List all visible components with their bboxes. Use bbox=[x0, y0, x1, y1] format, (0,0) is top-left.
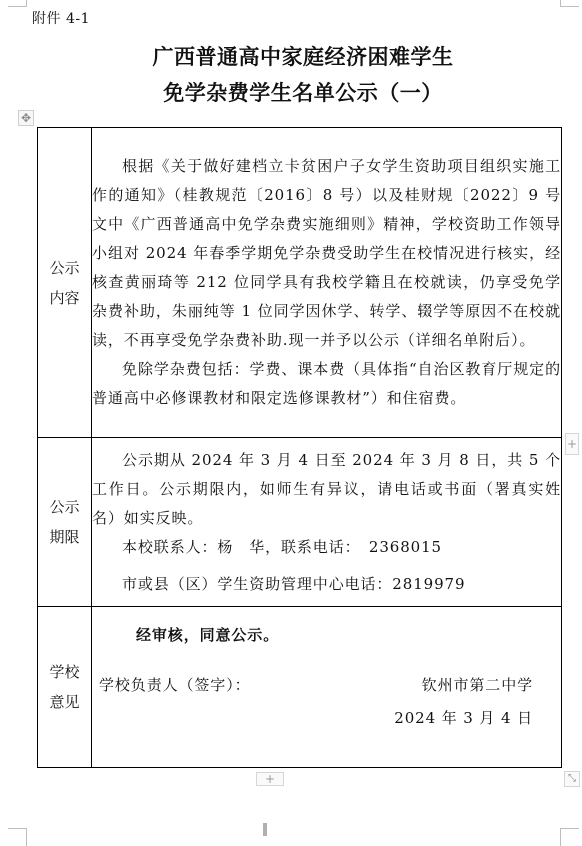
school-name: 钦州市第二中学 bbox=[422, 671, 533, 700]
page-corner-mark bbox=[8, 828, 27, 846]
signature-date: 2024 年 3 月 4 日 bbox=[394, 704, 533, 733]
school-contact: 本校联系人：杨 华，联系电话： 2368015 bbox=[92, 533, 561, 562]
row-label-opinion: 学校 意见 bbox=[38, 607, 92, 768]
attachment-label: 附件 4-1 bbox=[32, 8, 90, 28]
text-cursor-marker bbox=[263, 823, 267, 836]
label-line: 期限 bbox=[38, 522, 91, 552]
row-label-period: 公示 期限 bbox=[38, 438, 92, 607]
approval-statement: 经审核，同意公示。 bbox=[136, 621, 279, 650]
aid-center-contact: 市或县（区）学生资助管理中心电话：2819979 bbox=[92, 570, 561, 599]
label-line: 意见 bbox=[38, 687, 91, 717]
row-body-opinion[interactable]: 经审核，同意公示。 学校负责人（签字）： 钦州市第二中学 2024 年 3 月 … bbox=[92, 607, 562, 768]
notice-paragraph-basis: 根据《关于做好建档立卡贫困户子女学生资助项目组织实施工作的通知》（桂教规范〔20… bbox=[92, 152, 561, 355]
document-title-line2: 免学杂费学生名单公示（一） bbox=[12, 77, 582, 107]
notice-table: 公示 内容 根据《关于做好建档立卡贫困户子女学生资助项目组织实施工作的通知》（桂… bbox=[37, 127, 562, 768]
document-title-line1: 广西普通高中家庭经济困难学生 bbox=[12, 41, 582, 71]
label-line: 公示 bbox=[38, 253, 91, 283]
row-label-content: 公示 内容 bbox=[38, 128, 92, 438]
notice-paragraph-exemptions: 免除学杂费包括：学费、课本费（具体指“自治区教育厅规定的普通高中必修课教材和限定… bbox=[92, 355, 561, 413]
label-line: 公示 bbox=[38, 492, 91, 522]
table-resize-icon[interactable]: ⤡ bbox=[564, 771, 580, 787]
signer-label: 学校负责人（签字）： bbox=[99, 671, 251, 700]
label-line: 内容 bbox=[38, 283, 91, 313]
label-line: 学校 bbox=[38, 657, 91, 687]
row-body-content[interactable]: 根据《关于做好建档立卡贫困户子女学生资助项目组织实施工作的通知》（桂教规范〔20… bbox=[92, 128, 562, 438]
page-corner-mark bbox=[8, 0, 27, 7]
table-row-period: 公示 期限 公示期从 2024 年 3 月 4 日至 2024 年 3 月 8 … bbox=[38, 438, 562, 607]
table-row-content: 公示 内容 根据《关于做好建档立卡贫困户子女学生资助项目组织实施工作的通知》（桂… bbox=[38, 128, 562, 438]
add-row-icon[interactable]: + bbox=[256, 772, 284, 786]
add-column-icon[interactable]: + bbox=[565, 433, 579, 455]
table-move-handle-icon[interactable]: ✥ bbox=[18, 110, 34, 126]
page-corner-mark bbox=[560, 828, 579, 846]
table-row-opinion: 学校 意见 经审核，同意公示。 学校负责人（签字）： 钦州市第二中学 2024 … bbox=[38, 607, 562, 768]
period-paragraph: 公示期从 2024 年 3 月 4 日至 2024 年 3 月 8 日，共 5 … bbox=[92, 446, 561, 533]
row-body-period[interactable]: 公示期从 2024 年 3 月 4 日至 2024 年 3 月 8 日，共 5 … bbox=[92, 438, 562, 607]
page-corner-mark bbox=[560, 0, 579, 7]
